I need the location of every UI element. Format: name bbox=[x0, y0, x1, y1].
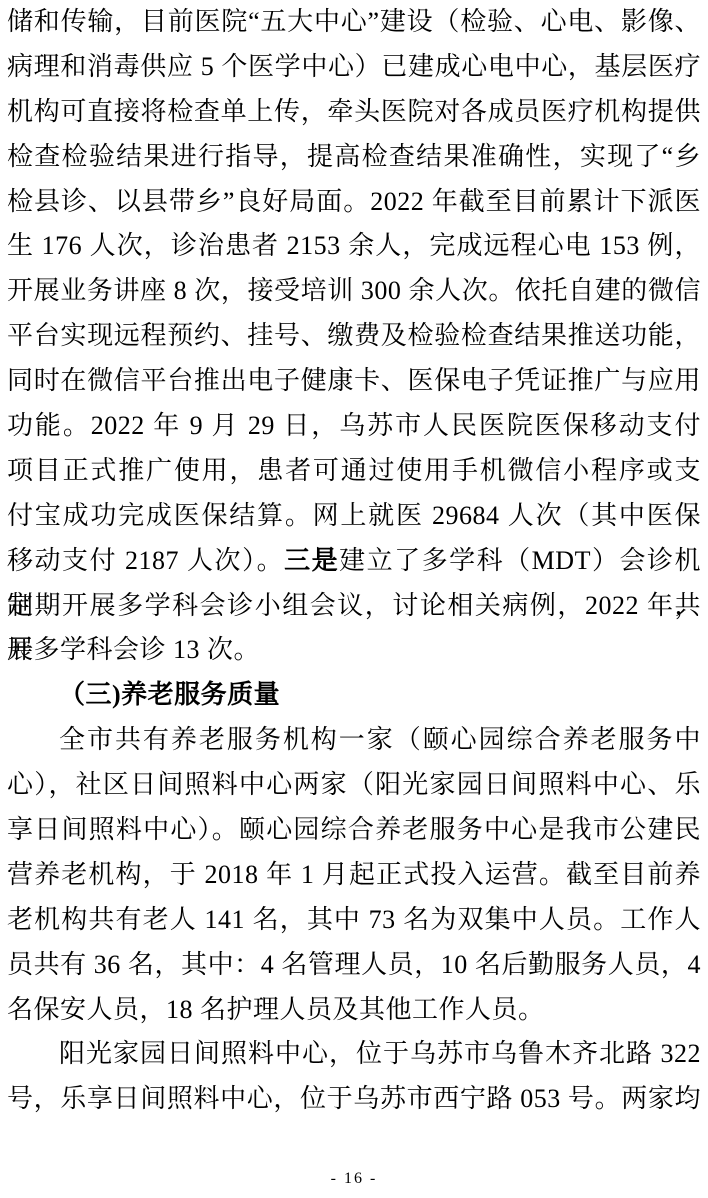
text-line: 储和传输，目前医院“五大中心”建设（检验、心电、影像、 bbox=[7, 0, 701, 45]
text-line: 项目正式推广使用，患者可通过使用手机微信小程序或支 bbox=[7, 449, 701, 494]
text-run: 检县诊、以县带乡”良好局面。2022 年截至目前累计下派医 bbox=[7, 187, 701, 216]
text-line: 病理和消毒供应 5 个医学中心）已建成心电中心，基层医疗 bbox=[7, 45, 701, 90]
text-run: 生 176 人次，诊治患者 2153 余人，完成远程心电 153 例， bbox=[7, 231, 701, 260]
text-line: 平台实现远程预约、挂号、缴费及检验检查结果推送功能， bbox=[7, 314, 701, 359]
text-line: 老机构共有老人 141 名，其中 73 名为双集中人员。工作人 bbox=[7, 898, 701, 943]
text-line: 员共有 36 名，其中：4 名管理人员，10 名后勤服务人员，4 bbox=[7, 943, 701, 988]
text-run: 员共有 36 名，其中：4 名管理人员，10 名后勤服务人员，4 bbox=[7, 950, 701, 979]
text-run: 功能。2022 年 9 月 29 日，乌苏市人民医院医保移动支付 bbox=[7, 411, 701, 440]
text-run: 同时在微信平台推出电子健康卡、医保电子凭证推广与应用 bbox=[7, 366, 701, 395]
text-line: 阳光家园日间照料中心，位于乌苏市乌鲁木齐北路 322 bbox=[7, 1032, 701, 1077]
text-run: 检查检验结果进行指导，提高检查结果准确性，实现了“乡 bbox=[7, 142, 701, 171]
text-run: 号，乐享日间照料中心，位于乌苏市西宁路 053 号。两家均 bbox=[7, 1084, 701, 1113]
text-run: 老机构共有老人 141 名，其中 73 名为双集中人员。工作人 bbox=[7, 905, 701, 934]
page-number: - 16 - bbox=[0, 1170, 708, 1188]
text-line: 检查检验结果进行指导，提高检查结果准确性，实现了“乡 bbox=[7, 135, 701, 180]
text-line: 展多学科会诊 13 次。 bbox=[7, 628, 701, 673]
text-line: 同时在微信平台推出电子健康卡、医保电子凭证推广与应用 bbox=[7, 359, 701, 404]
text-line: 定期开展多学科会诊小组会议，讨论相关病例，2022 年共开 bbox=[7, 584, 701, 629]
text-line: 开展业务讲座 8 次，接受培训 300 余人次。依托自建的微信 bbox=[7, 269, 701, 314]
text-line: 付宝成功完成医保结算。网上就医 29684 人次（其中医保 bbox=[7, 494, 701, 539]
bold-text-run: （三)养老服务质量 bbox=[59, 680, 280, 709]
bold-text-run: 三是 bbox=[284, 546, 339, 575]
document-body: 储和传输，目前医院“五大中心”建设（检验、心电、影像、病理和消毒供应 5 个医学… bbox=[7, 0, 701, 1122]
text-line: 功能。2022 年 9 月 29 日，乌苏市人民医院医保移动支付 bbox=[7, 404, 701, 449]
text-line: 号，乐享日间照料中心，位于乌苏市西宁路 053 号。两家均 bbox=[7, 1077, 701, 1122]
text-run: 名保安人员，18 名护理人员及其他工作人员。 bbox=[7, 995, 545, 1024]
text-line: 全市共有养老服务机构一家（颐心园综合养老服务中 bbox=[7, 718, 701, 763]
text-run: 享日间照料中心）。颐心园综合养老服务中心是我市公建民 bbox=[7, 815, 701, 844]
text-run: 阳光家园日间照料中心，位于乌苏市乌鲁木齐北路 322 bbox=[59, 1039, 701, 1068]
text-run: 病理和消毒供应 5 个医学中心）已建成心电中心，基层医疗 bbox=[7, 52, 701, 81]
text-run: 开展业务讲座 8 次，接受培训 300 余人次。依托自建的微信 bbox=[7, 276, 701, 305]
text-run: 全市共有养老服务机构一家（颐心园综合养老服务中 bbox=[59, 725, 701, 754]
text-line: 享日间照料中心）。颐心园综合养老服务中心是我市公建民 bbox=[7, 808, 701, 853]
text-line: 机构可直接将检查单上传，牵头医院对各成员医疗机构提供 bbox=[7, 90, 701, 135]
text-run: 机构可直接将检查单上传，牵头医院对各成员医疗机构提供 bbox=[7, 97, 701, 126]
text-run: 营养老机构，于 2018 年 1 月起正式投入运营。截至目前养 bbox=[7, 860, 701, 889]
text-line: 心），社区日间照料中心两家（阳光家园日间照料中心、乐 bbox=[7, 763, 701, 808]
text-run: 储和传输，目前医院“五大中心”建设（检验、心电、影像、 bbox=[7, 7, 701, 36]
text-line: 移动支付 2187 人次）。三是建立了多学科（MDT）会诊机制， bbox=[7, 539, 701, 584]
text-run: 付宝成功完成医保结算。网上就医 29684 人次（其中医保 bbox=[7, 501, 701, 530]
text-run: 移动支付 2187 人次）。 bbox=[7, 546, 284, 575]
text-line: 名保安人员，18 名护理人员及其他工作人员。 bbox=[7, 988, 701, 1033]
text-line: 营养老机构，于 2018 年 1 月起正式投入运营。截至目前养 bbox=[7, 853, 701, 898]
text-line: （三)养老服务质量 bbox=[7, 673, 701, 718]
text-line: 生 176 人次，诊治患者 2153 余人，完成远程心电 153 例， bbox=[7, 224, 701, 269]
document-page: 储和传输，目前医院“五大中心”建设（检验、心电、影像、病理和消毒供应 5 个医学… bbox=[0, 0, 708, 1198]
text-run: 心），社区日间照料中心两家（阳光家园日间照料中心、乐 bbox=[7, 770, 701, 799]
text-run: 展多学科会诊 13 次。 bbox=[7, 635, 260, 664]
text-run: 平台实现远程预约、挂号、缴费及检验检查结果推送功能， bbox=[7, 321, 701, 350]
text-run: 项目正式推广使用，患者可通过使用手机微信小程序或支 bbox=[7, 456, 701, 485]
text-line: 检县诊、以县带乡”良好局面。2022 年截至目前累计下派医 bbox=[7, 180, 701, 225]
